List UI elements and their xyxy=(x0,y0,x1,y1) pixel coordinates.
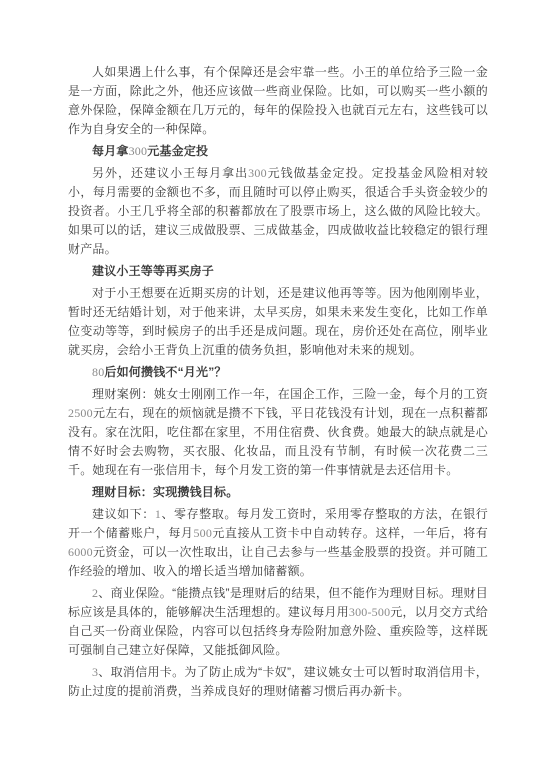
paragraph-fund-investment-advice: 另外，还建议小王每月拿出300元钱做基金定投。定投基金风险相对较小，每月需要的金… xyxy=(68,164,488,259)
paragraph-suggestion-1-savings: 建议如下：1、零存整取。每月发工资时，采用零存整取的方法，在银行开一个储蓄账户，… xyxy=(68,505,488,581)
paragraph-case-study: 理财案例：姚女士刚刚工作一年，在国企工作，三险一金，每个月的工资2500元左右，… xyxy=(68,385,488,480)
heading-monthly-fund-investment: 每月拿300元基金定投 xyxy=(68,142,488,161)
heading-wait-to-buy-house: 建议小王等等再买房子 xyxy=(68,262,488,281)
paragraph-suggestion-2-insurance: 2、商业保险。“能攒点钱”是理财后的结果，但不能作为理财目标。理财目标应该是具体… xyxy=(68,584,488,660)
paragraph-suggestion-3-credit-card: 3、取消信用卡。为了防止成为“卡奴”，建议姚女士可以暂时取消信用卡，防止过度的提… xyxy=(68,663,488,701)
document-page: 人如果遇上什么事，有个保障还是会牢靠一些。小王的单位给予三险一金是一方面，除此之… xyxy=(0,0,549,778)
paragraph-insurance-intro: 人如果遇上什么事，有个保障还是会牢靠一些。小王的单位给予三险一金是一方面，除此之… xyxy=(68,63,488,139)
paragraph-financial-goal: 理财目标：实现攒钱目标。 xyxy=(68,483,488,502)
heading-post80s-saving-question: 80后如何攒钱不“月光”？ xyxy=(68,363,488,382)
paragraph-house-buying-advice: 对于小王想要在近期买房的计划，还是建议他再等等。因为他刚刚毕业，暂时还无结婚计划… xyxy=(68,284,488,360)
